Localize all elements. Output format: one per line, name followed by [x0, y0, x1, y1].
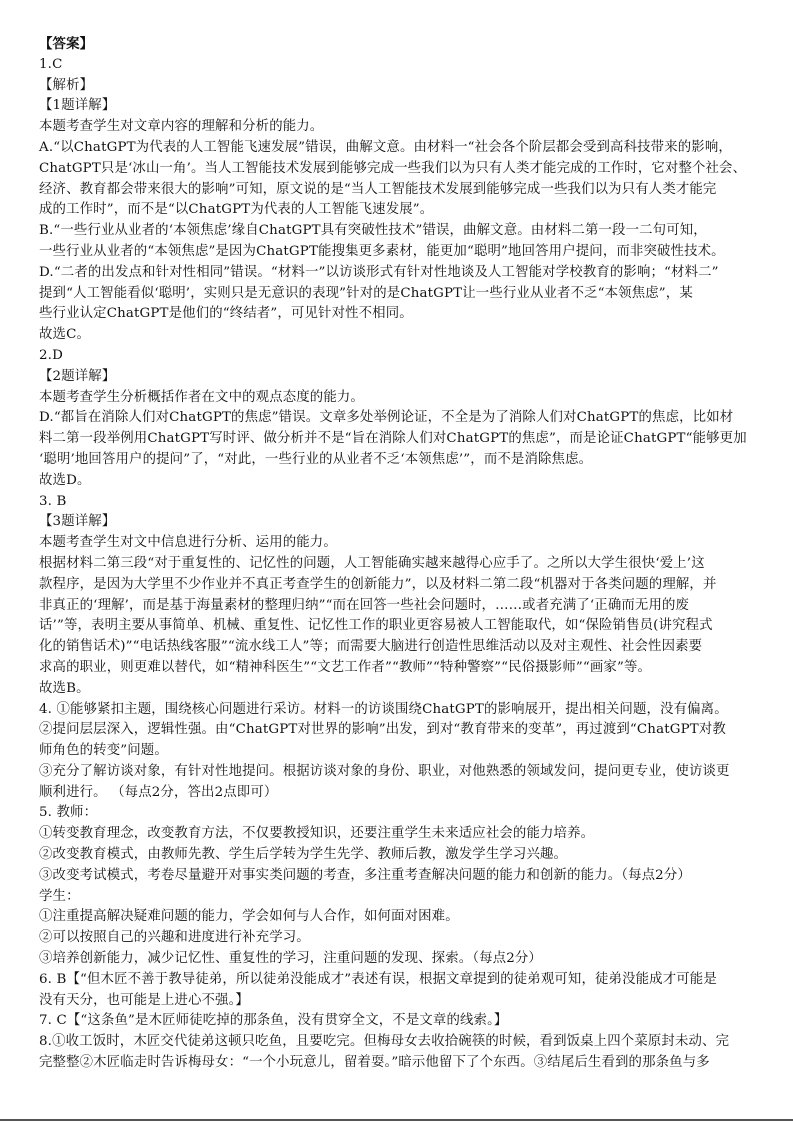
document-line: 2.D	[39, 346, 755, 367]
document-line: 求高的职业，则更难以替代，如“精神科医生”“文艺工作者”“教师”“特种警察”“民…	[39, 658, 755, 679]
document-line: 【解析】	[39, 76, 755, 97]
document-line: 5. 教师：	[39, 803, 755, 824]
document-line: 本题考查学生对文中信息进行分析、运用的能力。	[39, 533, 755, 554]
document-line: 6. B【“但木匠不善于教导徒弟，所以徒弟没能成才”表述有误，根据文章提到的徒弟…	[39, 970, 755, 991]
document-line: 【答案】	[39, 34, 755, 55]
document-line: 【1题详解】	[39, 96, 755, 117]
document-line: 本题考查学生对文章内容的理解和分析的能力。	[39, 117, 755, 138]
document-line: 化的销售话术)”“电话热线客服”“流水线工人”等；而需要大脑进行创造性思维活动以…	[39, 637, 755, 658]
document-line: 本题考查学生分析概括作者在文中的观点态度的能力。	[39, 388, 755, 409]
document-line: 8.①收工饭时，木匠交代徒弟这顿只吃鱼，且要吃完。但梅母女去收拾碗筷的时候，看到…	[39, 1032, 755, 1053]
document-line: ③改变考试模式，考卷尽量避开对事实类问题的考查，多注重考查解决问题的能力和创新的…	[39, 866, 755, 887]
document-line: ①转变教育理念，改变教育方法，不仅要教授知识，还要注重学生未来适应社会的能力培养…	[39, 824, 755, 845]
document-line: 非真正的‘理解’，而是基于海量素材的整理归纳”“而在回答一些社会问题时，……或者…	[39, 596, 755, 617]
document-line: A.“以ChatGPT为代表的人工智能飞速发展”错误，曲解文意。由材料一“社会各…	[39, 138, 755, 159]
document-line: D.“都旨在消除人们对ChatGPT的焦虑”错误。文章多处举例论证，不全是为了消…	[39, 408, 755, 429]
document-line: 一些行业从业者的“本领焦虑”是因为ChatGPT能搜集更多素材，能更加“聪明”地…	[39, 242, 755, 263]
document-line: 7. C【“这条鱼”是木匠师徒吃掉的那条鱼，没有贯穿全文，不是文章的线索。】	[39, 1011, 755, 1032]
document-line: 些行业认定ChatGPT是他们的“终结者”，可见针对性不相同。	[39, 304, 755, 325]
answer-document: 【答案】1.C【解析】【1题详解】本题考查学生对文章内容的理解和分析的能力。A.…	[39, 34, 755, 1074]
document-line: 话’”等，表明主要从事简单、机械、重复性、记忆性工作的职业更容易被人工智能取代，…	[39, 616, 755, 637]
document-line: 故选D。	[39, 471, 755, 492]
document-line: ‘聪明’地回答用户的提问”了，“对此，一些行业的从业者不乏‘本领焦虑’”，而不是…	[39, 450, 755, 471]
document-line: 没有天分，也可能是上进心不强。】	[39, 991, 755, 1012]
document-line: 经济、教育都会带来很大的影响”可知，原文说的是“当人工智能技术发展到能够完成一些…	[39, 180, 755, 201]
document-line: ②可以按照自己的兴趣和进度进行补充学习。	[39, 928, 755, 949]
document-line: 故选B。	[39, 679, 755, 700]
document-line: 师角色的转变”问题。	[39, 741, 755, 762]
document-line: ②改变教育模式，由教师先教、学生后学转为学生先学、教师后教，激发学生学习兴趣。	[39, 845, 755, 866]
document-line: B.“一些行业从业者的‘本领焦虑’缘自ChatGPT具有突破性技术”错误，曲解文…	[39, 221, 755, 242]
page-bottom-divider	[0, 1119, 793, 1121]
document-line: 1.C	[39, 55, 755, 76]
document-line: 提到“人工智能看似‘聪明’，实则只是无意识的表现”针对的是ChatGPT让一些行…	[39, 284, 755, 305]
document-line: 料二第一段举例用ChatGPT写时评、做分析并不是“旨在消除人们对ChatGPT…	[39, 429, 755, 450]
document-line: ①注重提高解决疑难问题的能力，学会如何与人合作，如何面对困难。	[39, 907, 755, 928]
document-line: 故选C。	[39, 325, 755, 346]
document-line: 【2题详解】	[39, 367, 755, 388]
document-line: 款程序，是因为大学里不少作业并不真正考查学生的创新能力”，以及材料二第二段“机器…	[39, 575, 755, 596]
document-line: 4. ①能够紧扣主题，围绕核心问题进行采访。材料一的访谈围绕ChatGPT的影响…	[39, 700, 755, 721]
document-line: 成的工作时”，而不是“以ChatGPT为代表的人工智能飞速发展”。	[39, 200, 755, 221]
document-line: 根据材料二第三段“对于重复性的、记忆性的问题，人工智能确实越来越得心应手了。之所…	[39, 554, 755, 575]
document-line: ②提问层层深入，逻辑性强。由“ChatGPT对世界的影响”出发，到对“教育带来的…	[39, 720, 755, 741]
document-line: 3. B	[39, 492, 755, 513]
document-line: ③充分了解访谈对象，有针对性地提问。根据访谈对象的身份、职业，对他熟悉的领域发问…	[39, 762, 755, 783]
document-line: 完整整②木匠临走时告诉梅母女：“一个小玩意儿，留着耍。”暗示他留下了个东西。③结…	[39, 1053, 755, 1074]
document-line: 学生：	[39, 887, 755, 908]
document-line: D.“二者的出发点和针对性相同”错误。“材料一”以访谈形式有针对性地谈及人工智能…	[39, 263, 755, 284]
document-line: ③培养创新能力，减少记忆性、重复性的学习，注重问题的发现、探索。（每点2分）	[39, 949, 755, 970]
document-line: ChatGPT只是‘冰山一角’。当人工智能技术发展到能够完成一些我们以为只有人类…	[39, 159, 755, 180]
document-line: 顺利进行。 （每点2分，答出2点即可）	[39, 783, 755, 804]
document-line: 【3题详解】	[39, 512, 755, 533]
